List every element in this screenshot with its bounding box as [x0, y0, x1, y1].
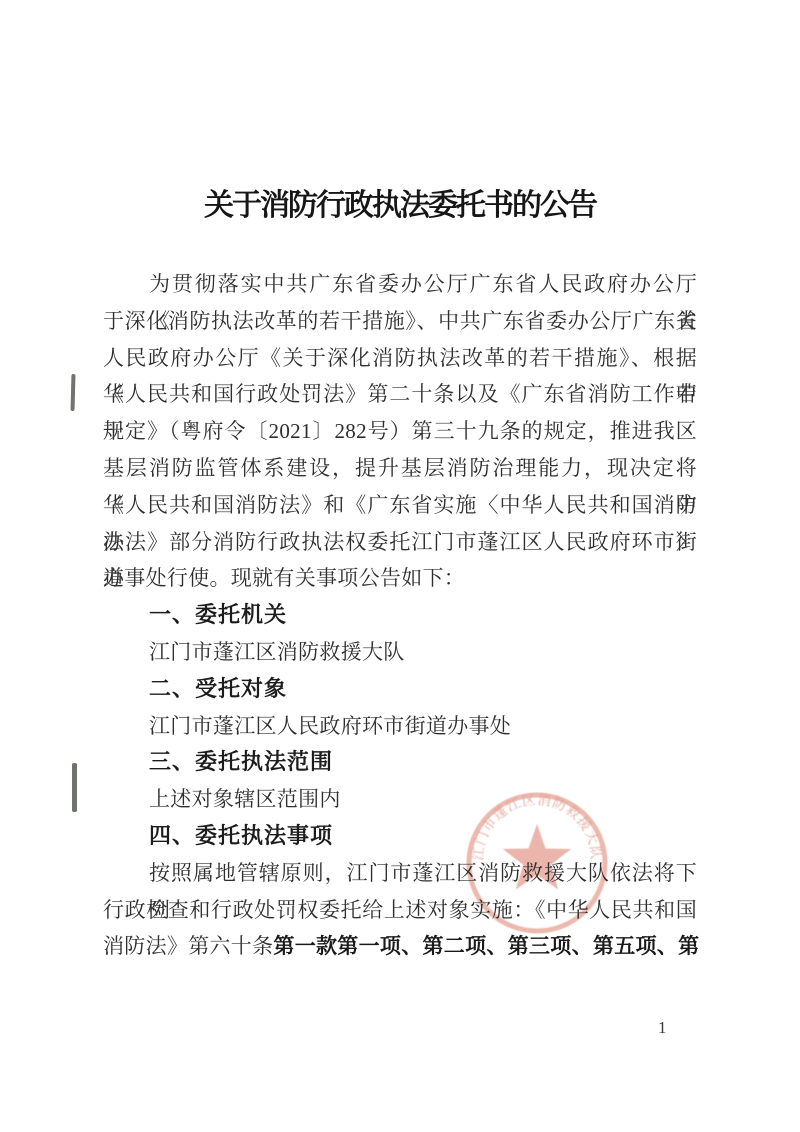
body-line: 华人民共和国行政处罚法》第二十条以及《广东省消防工作若干: [103, 376, 697, 413]
document-page: 关于消防行政执法委托书的公告 江门市蓬江区消防救援大队 为贯彻落实中共广东省委办…: [0, 0, 800, 1132]
body-line: 行政检查和行政处罚权委托给上述对象实施：《中华人民共和国: [103, 892, 697, 929]
scan-artifact-mark: [71, 374, 76, 411]
body-line: 消防法》第六十条第一款第一项、第二项、第三项、第五项、第: [103, 928, 697, 965]
body-line: 于深化消防执法改革的若干措施》、中共广东省委办公厅广东省: [103, 303, 697, 340]
page-number: 1: [658, 1018, 667, 1038]
body-line: 华人民共和国消防法》和《广东省实施〈中华人民共和国消防法〉: [103, 487, 697, 524]
section-heading-3: 三、委托执法范围: [103, 744, 697, 781]
body-line: 办事处行使。现就有关事项公告如下：: [103, 560, 697, 597]
document-body: 为贯彻落实中共广东省委办公厅广东省人民政府办公厅《关 于深化消防执法改革的若干措…: [103, 266, 697, 965]
section-heading-1: 一、委托机关: [103, 597, 697, 634]
body-line: 基层消防监管体系建设，提升基层消防治理能力，现决定将《中: [103, 450, 697, 487]
body-line-regular-text: 消防法》第六十条: [103, 934, 273, 958]
body-line: 人民政府办公厅《关于深化消防执法改革的若干措施》、根据《中: [103, 340, 697, 377]
document-title: 关于消防行政执法委托书的公告: [0, 189, 800, 222]
body-line: 为贯彻落实中共广东省委办公厅广东省人民政府办公厅《关: [103, 266, 697, 303]
section-heading-4: 四、委托执法事项: [103, 818, 697, 855]
section-content-1: 江门市蓬江区消防救援大队: [103, 634, 697, 671]
section-content-3: 上述对象辖区范围内: [103, 781, 697, 818]
body-line-bold-text: 第一款第一项、第二项、第三项、第五项、第: [273, 935, 699, 958]
body-line: 按照属地管辖原则，江门市蓬江区消防救援大队依法将下列: [103, 855, 697, 892]
section-heading-2: 二、受托对象: [103, 671, 697, 708]
body-line: 规定》（粤府令〔2021〕282号）第三十九条的规定，推进我区: [103, 413, 697, 450]
scan-artifact-mark: [72, 763, 77, 812]
section-content-2: 江门市蓬江区人民政府环市街道办事处: [103, 708, 697, 745]
body-line: 办法》部分消防行政执法权委托江门市蓬江区人民政府环市街道: [103, 524, 697, 561]
